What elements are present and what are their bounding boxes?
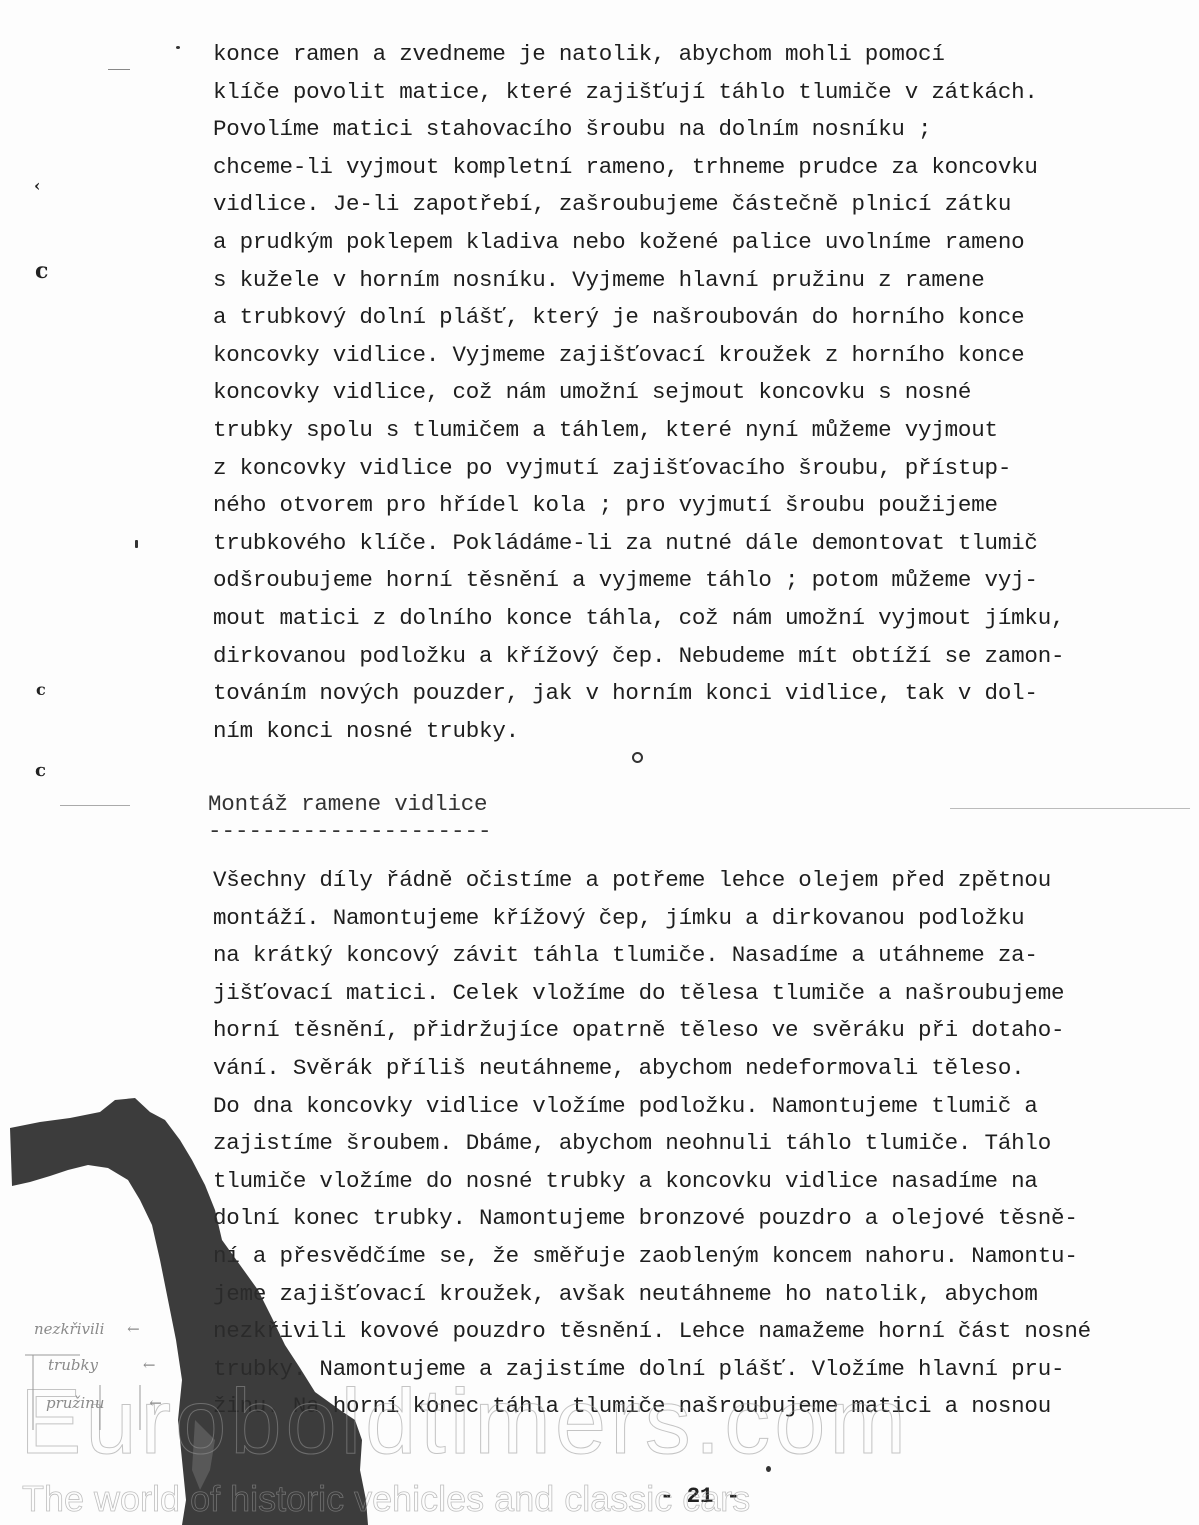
scanned-page: konce ramen a zvedneme je natolik, abych… — [0, 0, 1199, 1525]
text-line: trubkového klíče. Pokládáme-li za nutné … — [213, 529, 1038, 557]
text-line: vidlice. Je-li zapotřebí, zašroubujeme č… — [213, 190, 1011, 218]
margin-mark: c — [35, 258, 48, 284]
text-line: s kužele v horním nosníku. Vyjmeme hlavn… — [213, 266, 985, 294]
text-line: továním nových pouzder, jak v horním kon… — [213, 679, 1038, 707]
text-line: montáží. Namontujeme křížový čep, jímku … — [213, 904, 1024, 932]
margin-mark: ‹ — [34, 176, 40, 195]
text-line: z koncovky vidlice po vyjmutí zajišťovac… — [213, 454, 1011, 482]
margin-mark: c — [35, 760, 46, 781]
arrow-left-icon: ← — [127, 1320, 140, 1338]
text-line: koncovky vidlice. Vyjmeme zajišťovací kr… — [213, 341, 1024, 369]
text-line: mout matici z dolního konce táhla, což n… — [213, 604, 1064, 632]
text-line: koncovky vidlice, což nám umožní sejmout… — [213, 378, 971, 406]
text-line: Všechny díly řádně očistíme a potřeme le… — [213, 866, 1051, 894]
margin-mark: c — [36, 680, 46, 699]
text-line: nezkřivili kovové pouzdro těsnění. Lehce… — [213, 1317, 1091, 1345]
margin-line — [108, 69, 130, 70]
text-line: jišťovací matici. Celek vložíme do těles… — [213, 979, 1064, 1007]
text-line: na krátký koncový závit táhla tlumiče. N… — [213, 941, 1038, 969]
text-line: klíče povolit matice, které zajišťují tá… — [213, 78, 1038, 106]
text-line: chceme-li vyjmout kompletní rameno, trhn… — [213, 153, 1038, 181]
watermark-tagline: The world of historic vehicles and class… — [22, 1478, 750, 1520]
section-heading: Montáž ramene vidlice — [208, 790, 487, 818]
text-line: dolní konec trubky. Namontujeme bronzové… — [213, 1204, 1078, 1232]
speck — [632, 752, 643, 763]
text-line: ním konci nosné trubky. — [213, 717, 519, 745]
text-line: Povolíme matici stahovacího šroubu na do… — [213, 115, 931, 143]
speck — [176, 46, 180, 49]
text-line: odšroubujeme horní těsnění a vyjmeme táh… — [213, 566, 1038, 594]
margin-line — [950, 808, 1190, 809]
text-line: a prudkým poklepem kladiva nebo kožené p… — [213, 228, 1024, 256]
speck — [135, 540, 138, 548]
watermark-brand: Euroboldtimers.com — [20, 1370, 910, 1475]
text-line: tlumiče vložíme do nosné trubky a koncov… — [213, 1167, 1038, 1195]
margin-note-1: nezkřivili ← — [34, 1320, 140, 1338]
text-line: dirkovanou podložku a křížový čep. Nebud… — [213, 642, 1064, 670]
text-line: horní těsnění, přidržujíce opatrně těles… — [213, 1016, 1064, 1044]
text-line: ného otvorem pro hřídel kola ; pro vyjmu… — [213, 491, 998, 519]
margin-line — [60, 805, 130, 806]
text-line: ní a přesvědčíme se, že směřuje zaoblený… — [213, 1242, 1078, 1270]
text-line: jeme zajišťovací kroužek, avšak neutáhne… — [213, 1280, 1038, 1308]
text-line: Do dna koncovky vidlice vložíme podložku… — [213, 1092, 1038, 1120]
text-line: zajistíme šroubem. Dbáme, abychom neohnu… — [213, 1129, 1051, 1157]
text-line: a trubkový dolní plášť, který je našroub… — [213, 303, 1024, 331]
text-line: vání. Svěrák příliš neutáhneme, abychom … — [213, 1054, 1024, 1082]
heading-underline: --------------------- — [208, 818, 492, 844]
text-line: konce ramen a zvedneme je natolik, abych… — [213, 40, 945, 68]
text-line: trubky spolu s tlumičem a táhlem, které … — [213, 416, 998, 444]
